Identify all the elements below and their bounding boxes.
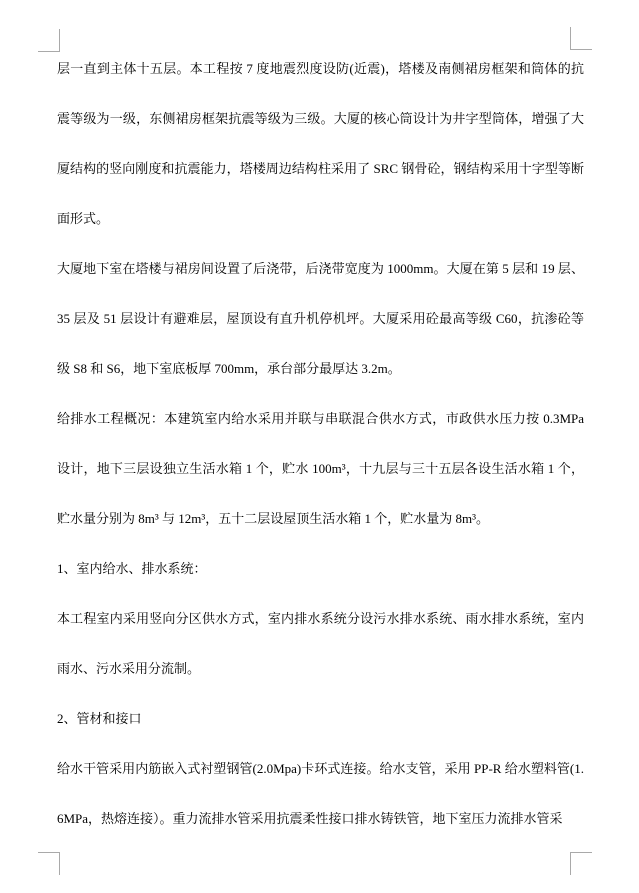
paragraph-basement-refuge-floors: 大厦地下室在塔楼与裙房间设置了后浇带，后浇带宽度为 1000mm。大厦在第 5 …: [57, 244, 584, 394]
paragraph-plumbing-overview: 给排水工程概况：本建筑室内给水采用并联与串联混合供水方式，市政供水压力按 0.3…: [57, 394, 584, 544]
document-page: 层一直到主体十五层。本工程按 7 度地震烈度设防(近震)，塔楼及南侧裙房框架和筒…: [0, 0, 639, 893]
paragraph-pipe-materials-detail: 给水干管采用内筋嵌入式衬塑钢管(2.0Mpa)卡环式连接。给水支管，采用 PP-…: [57, 744, 584, 844]
heading-indoor-water-supply-drainage: 1、室内给水、排水系统：: [57, 544, 584, 594]
paragraph-zoned-water-supply: 本工程室内采用竖向分区供水方式，室内排水系统分设污水排水系统、雨水排水系统，室内…: [57, 594, 584, 694]
paragraph-structure-seismic: 层一直到主体十五层。本工程按 7 度地震烈度设防(近震)，塔楼及南侧裙房框架和筒…: [57, 44, 584, 244]
document-body-text: 层一直到主体十五层。本工程按 7 度地震烈度设防(近震)，塔楼及南侧裙房框架和筒…: [57, 44, 584, 844]
text-boundary-mark-bottom-left: [38, 852, 60, 875]
heading-pipe-materials-joints: 2、管材和接口: [57, 694, 584, 744]
text-boundary-mark-bottom-right: [570, 852, 592, 875]
